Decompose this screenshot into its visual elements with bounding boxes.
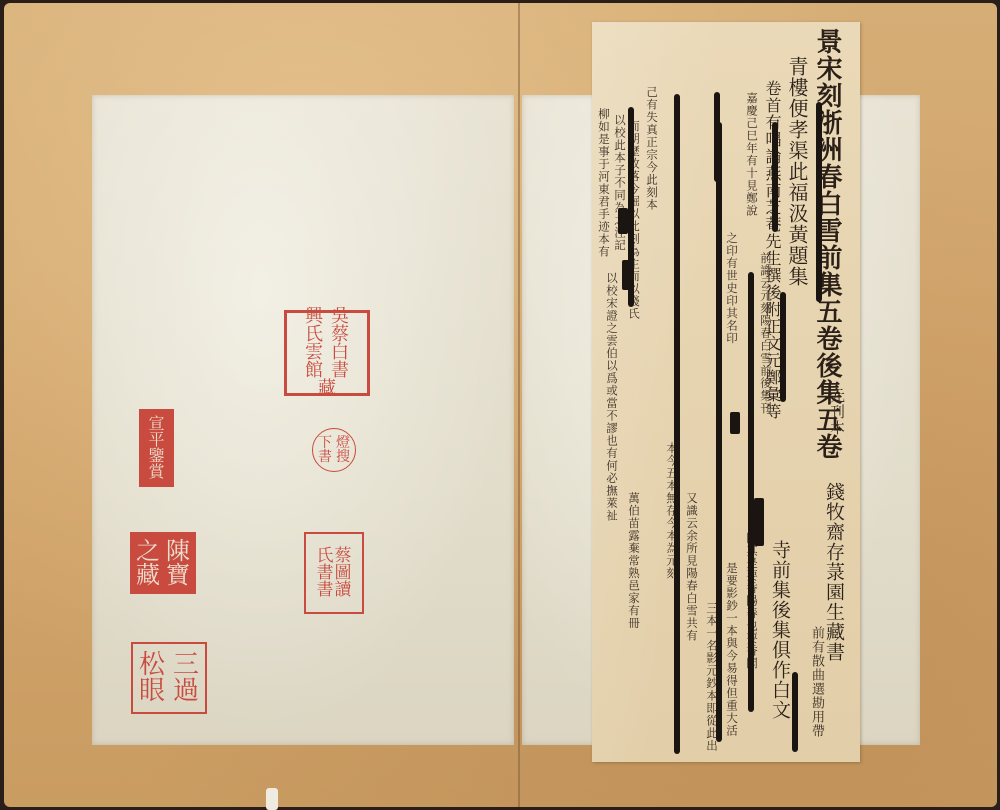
slip-note-1: 嘉慶己巳年有十見鄭說 [744,92,760,217]
slip-note-5: 是要影鈔一本與今易得但重大活 [724,562,740,737]
slip-note-2: 前識云元刻陽春白雪前後集刊 [758,252,774,415]
seal-xuanping-appreciation: 宣 平 鑒 賞 [139,409,174,487]
paper-tear [266,788,278,810]
slip-edition-note: 元刊本 [827,388,848,436]
slip-note-9: 己有失真正宗今此刻本 [644,86,660,211]
ink-blot [730,412,740,434]
center-fold [518,3,520,807]
slip-note-3: 之印有世史印其名印 [724,232,740,345]
slip-signature-note: 前有散曲選勘用帶 [807,626,826,738]
ink-strikethrough [674,94,680,754]
seal-cai-library: 蔡 氏 圖 書 讀 書 [304,532,364,614]
seal-wuxing-cai-collection: 吳 興 蔡 氏 白 雲 書 館 藏 [284,310,370,396]
ink-strikethrough [748,272,754,712]
ink-strikethrough [714,92,720,182]
ink-blot [618,208,628,234]
ink-strikethrough [816,102,822,302]
slip-note-12: 柳如是事于河東君手迹本有 [596,108,612,258]
ink-blot [622,260,632,290]
ink-strikethrough [772,122,778,232]
ink-strikethrough [780,292,786,402]
seal-sansong-guoyan: 三 松 過 眼 [131,642,207,714]
handwritten-slip: 景宋刻浙洲春白雪前集五卷後集五卷 元刊本 青樓便孝渠此福汲黃題集 卷首有唱論燕南… [592,22,860,762]
slip-note-13: 以校宋證之雲伯以爲或當不謬也有何必撫萊祉 [604,272,620,522]
slip-note-7: 又識云余所見陽春白雪共有 [684,492,700,642]
ink-strikethrough [792,672,798,752]
seal-round-dengxia: 燈 下 搜 書 [312,428,356,472]
slip-note-14: 萬伯苗露棄常熟邑家有冊 [626,492,642,630]
ink-blot [754,498,764,546]
seal-chen-treasure: 陳 之 寶 藏 [130,532,196,594]
slip-main-column-1: 青樓便孝渠此福汲黃題集 [783,56,812,287]
ink-strikethrough [716,122,722,742]
slip-main-column-3: 寺前集後集俱作白文 [767,540,794,720]
